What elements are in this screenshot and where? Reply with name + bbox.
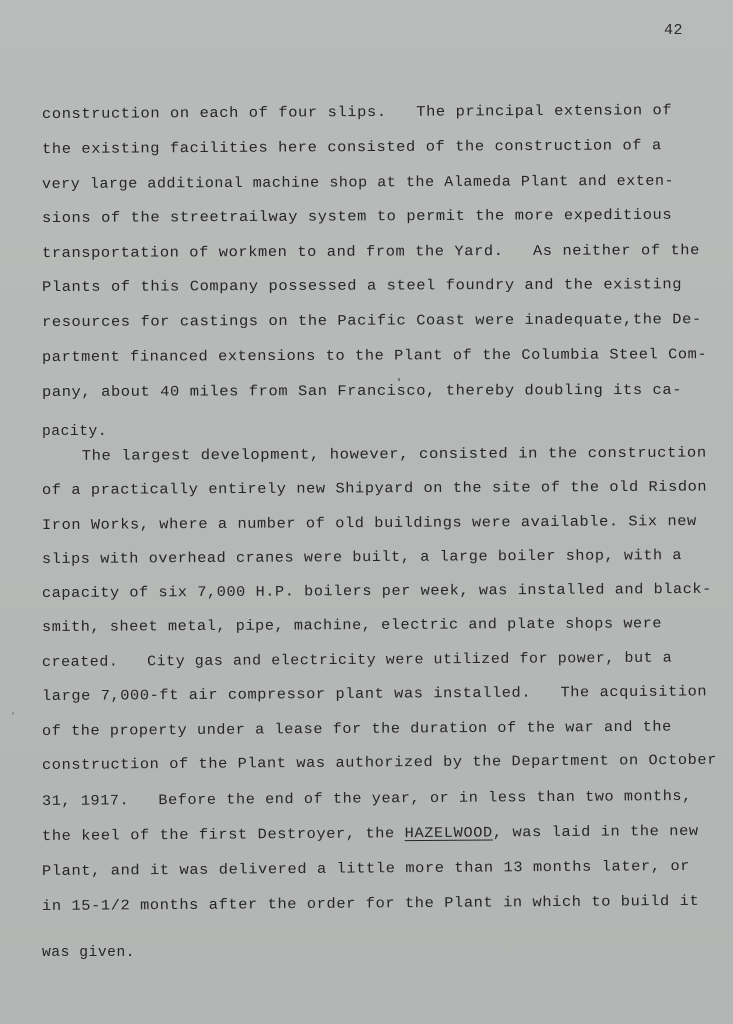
text-segment: resources for castings on the Pacific Co… <box>42 312 702 331</box>
text-segment: pany, about 40 miles from San Francisco,… <box>42 383 682 401</box>
scanned-typewritten-page: 42 construction on each of four slips. T… <box>0 0 733 1024</box>
text-line: pacity. <box>42 424 107 440</box>
text-line: 31, 1917. Before the end of the year, or… <box>42 789 692 810</box>
text-line: The largest development, however, consis… <box>42 446 707 465</box>
scan-speck <box>398 378 400 381</box>
text-segment: smith, sheet metal, pipe, machine, elect… <box>42 616 662 636</box>
text-line: in 15-1/2 months after the order for the… <box>42 894 699 915</box>
text-segment: Plants of this Company possessed a steel… <box>42 277 682 296</box>
scan-speck <box>12 712 14 715</box>
underlined-ship-name: HAZELWOOD <box>405 825 493 842</box>
text-line: transportation of workmen to and from th… <box>42 243 700 262</box>
text-line: Plant, and it was delivered a little mor… <box>42 859 690 880</box>
text-segment: , was laid in the new <box>493 824 699 842</box>
text-segment: created. City gas and electricity were u… <box>42 651 672 671</box>
text-line: partment financed extensions to the Plan… <box>42 347 707 366</box>
text-segment: was given. <box>42 945 135 961</box>
text-line: smith, sheet metal, pipe, machine, elect… <box>42 616 662 636</box>
text-line: created. City gas and electricity were u… <box>42 651 672 671</box>
text-segment: capacity of six 7,000 H.P. boilers per w… <box>42 582 712 602</box>
text-line: very large additional machine shop at th… <box>42 174 674 193</box>
text-segment: the keel of the first Destroyer, the <box>42 826 405 845</box>
text-line: capacity of six 7,000 H.P. boilers per w… <box>42 582 712 602</box>
text-segment: construction on each of four slips. The … <box>42 103 672 123</box>
text-segment: the existing facilities here consisted o… <box>42 138 662 158</box>
text-segment: 31, 1917. Before the end of the year, or… <box>42 789 692 810</box>
text-segment: The largest development, however, consis… <box>42 446 707 465</box>
text-segment: of the property under a lease for the du… <box>42 720 672 740</box>
text-line: large 7,000-ft air compressor plant was … <box>42 684 707 705</box>
text-line: Plants of this Company possessed a steel… <box>42 277 682 296</box>
page-number: 42 <box>664 22 683 39</box>
text-line: of a practically entirely new Shipyard o… <box>42 480 707 499</box>
text-segment: large 7,000-ft air compressor plant was … <box>42 684 707 705</box>
text-line: construction on each of four slips. The … <box>42 103 672 123</box>
text-segment: partment financed extensions to the Plan… <box>42 347 707 366</box>
text-line: construction of the Plant was authorized… <box>42 753 717 774</box>
text-segment: construction of the Plant was authorized… <box>42 753 717 774</box>
text-segment: Iron Works, where a number of old buildi… <box>42 514 697 534</box>
text-segment: pacity. <box>42 424 107 440</box>
text-line: of the property under a lease for the du… <box>42 720 672 740</box>
text-line: sions of the streetrailway system to per… <box>42 208 672 227</box>
text-segment: sions of the streetrailway system to per… <box>42 208 672 227</box>
text-segment: in 15-1/2 months after the order for the… <box>42 894 699 915</box>
text-line: slips with overhead cranes were built, a… <box>42 548 682 568</box>
text-segment: of a practically entirely new Shipyard o… <box>42 480 707 499</box>
text-line: resources for castings on the Pacific Co… <box>42 312 702 331</box>
text-line: the existing facilities here consisted o… <box>42 138 662 158</box>
text-line: was given. <box>42 945 135 961</box>
text-segment: very large additional machine shop at th… <box>42 174 674 193</box>
text-segment: Plant, and it was delivered a little mor… <box>42 859 690 880</box>
text-line: Iron Works, where a number of old buildi… <box>42 514 697 534</box>
text-segment: slips with overhead cranes were built, a… <box>42 548 682 568</box>
text-line: pany, about 40 miles from San Francisco,… <box>42 383 682 401</box>
text-line: the keel of the first Destroyer, the HAZ… <box>42 824 699 845</box>
text-segment: transportation of workmen to and from th… <box>42 243 700 262</box>
